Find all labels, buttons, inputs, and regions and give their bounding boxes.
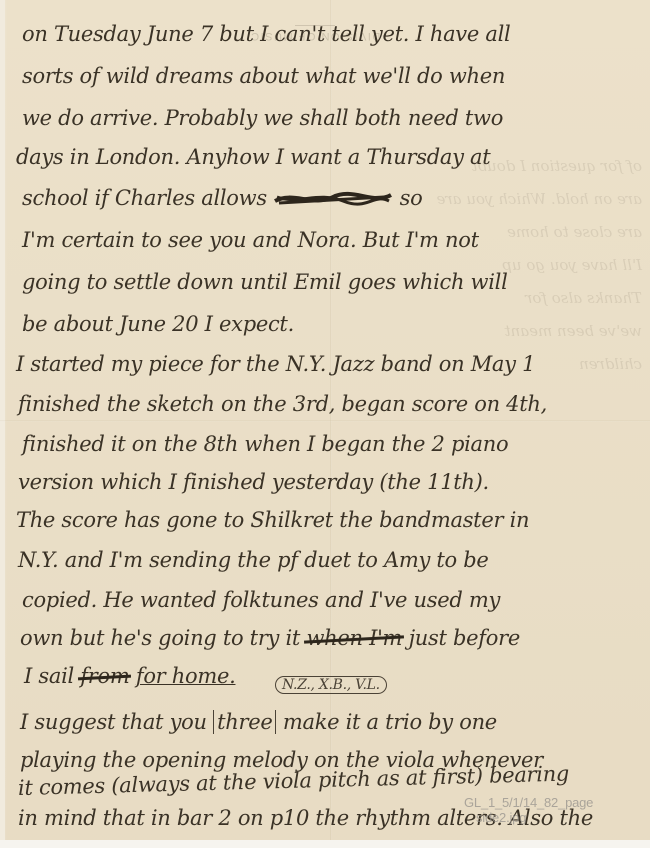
letter-line: days in London. Anyhow I want a Thursday… [16,145,490,169]
image-bottom-margin [0,840,650,848]
letter-line-text: so [400,186,423,210]
letter-line: version which I finished yesterday (the … [18,470,489,494]
scribbled-out-words [273,191,393,209]
letter-line: I sail from for home. [24,664,235,688]
letter-line: finished it on the 8th when I began the … [22,432,508,456]
horizontal-fold-crease [0,420,650,422]
letter-line: sorts of wild dreams about what we'll do… [22,64,505,88]
letter-line: I suggest that you three make it a trio … [20,710,497,734]
letter-line-text: I sail [24,664,74,688]
bracketed-word: three [213,710,276,734]
letter-line: The score has gone to Shilkret the bandm… [16,508,529,532]
struck-through-word: from [80,664,129,688]
letter-line-text: for home. [136,664,236,688]
bleed-through-text: of for question I doubt are on hold. Whi… [472,150,642,381]
letter-line: copied. He wanted folktunes and I've use… [22,588,500,612]
letter-line: finished the sketch on the 3rd, began sc… [18,392,547,416]
letter-line: own but he's going to try it when I'm ju… [20,626,520,650]
watermark-line-2: side2.jpg [464,810,593,825]
letter-line-text: make it a trio by one [283,710,497,734]
file-watermark: GL_1_5/1/14_82_page side2.jpg [464,795,593,825]
marginal-annotation: N.Z., X.B., V.L. [275,676,387,694]
letter-line: on Tuesday June 7 but I can't tell yet. … [22,22,510,46]
letter-line-text: own but he's going to try it [20,626,300,650]
letter-line-text: just before [409,626,520,650]
letter-line: I'm certain to see you and Nora. But I'm… [22,228,479,252]
letter-page: DIVISION OF MUSIC of for question I doub… [0,0,650,840]
watermark-line-1: GL_1_5/1/14_82_page [464,795,593,810]
letter-line: school if Charles allows so [22,186,422,210]
letter-line: we do arrive. Probably we shall both nee… [22,106,503,130]
letter-line: I started my piece for the N.Y. Jazz ban… [16,352,535,376]
letter-line: N.Y. and I'm sending the pf duet to Amy … [18,548,489,572]
struck-through-word: when I'm [306,626,402,650]
letter-line-text: I suggest that you [20,710,207,734]
letter-line: going to settle down until Emil goes whi… [22,270,507,294]
letter-line: be about June 20 I expect. [22,312,294,336]
letter-line-text: school if Charles allows [22,186,267,210]
